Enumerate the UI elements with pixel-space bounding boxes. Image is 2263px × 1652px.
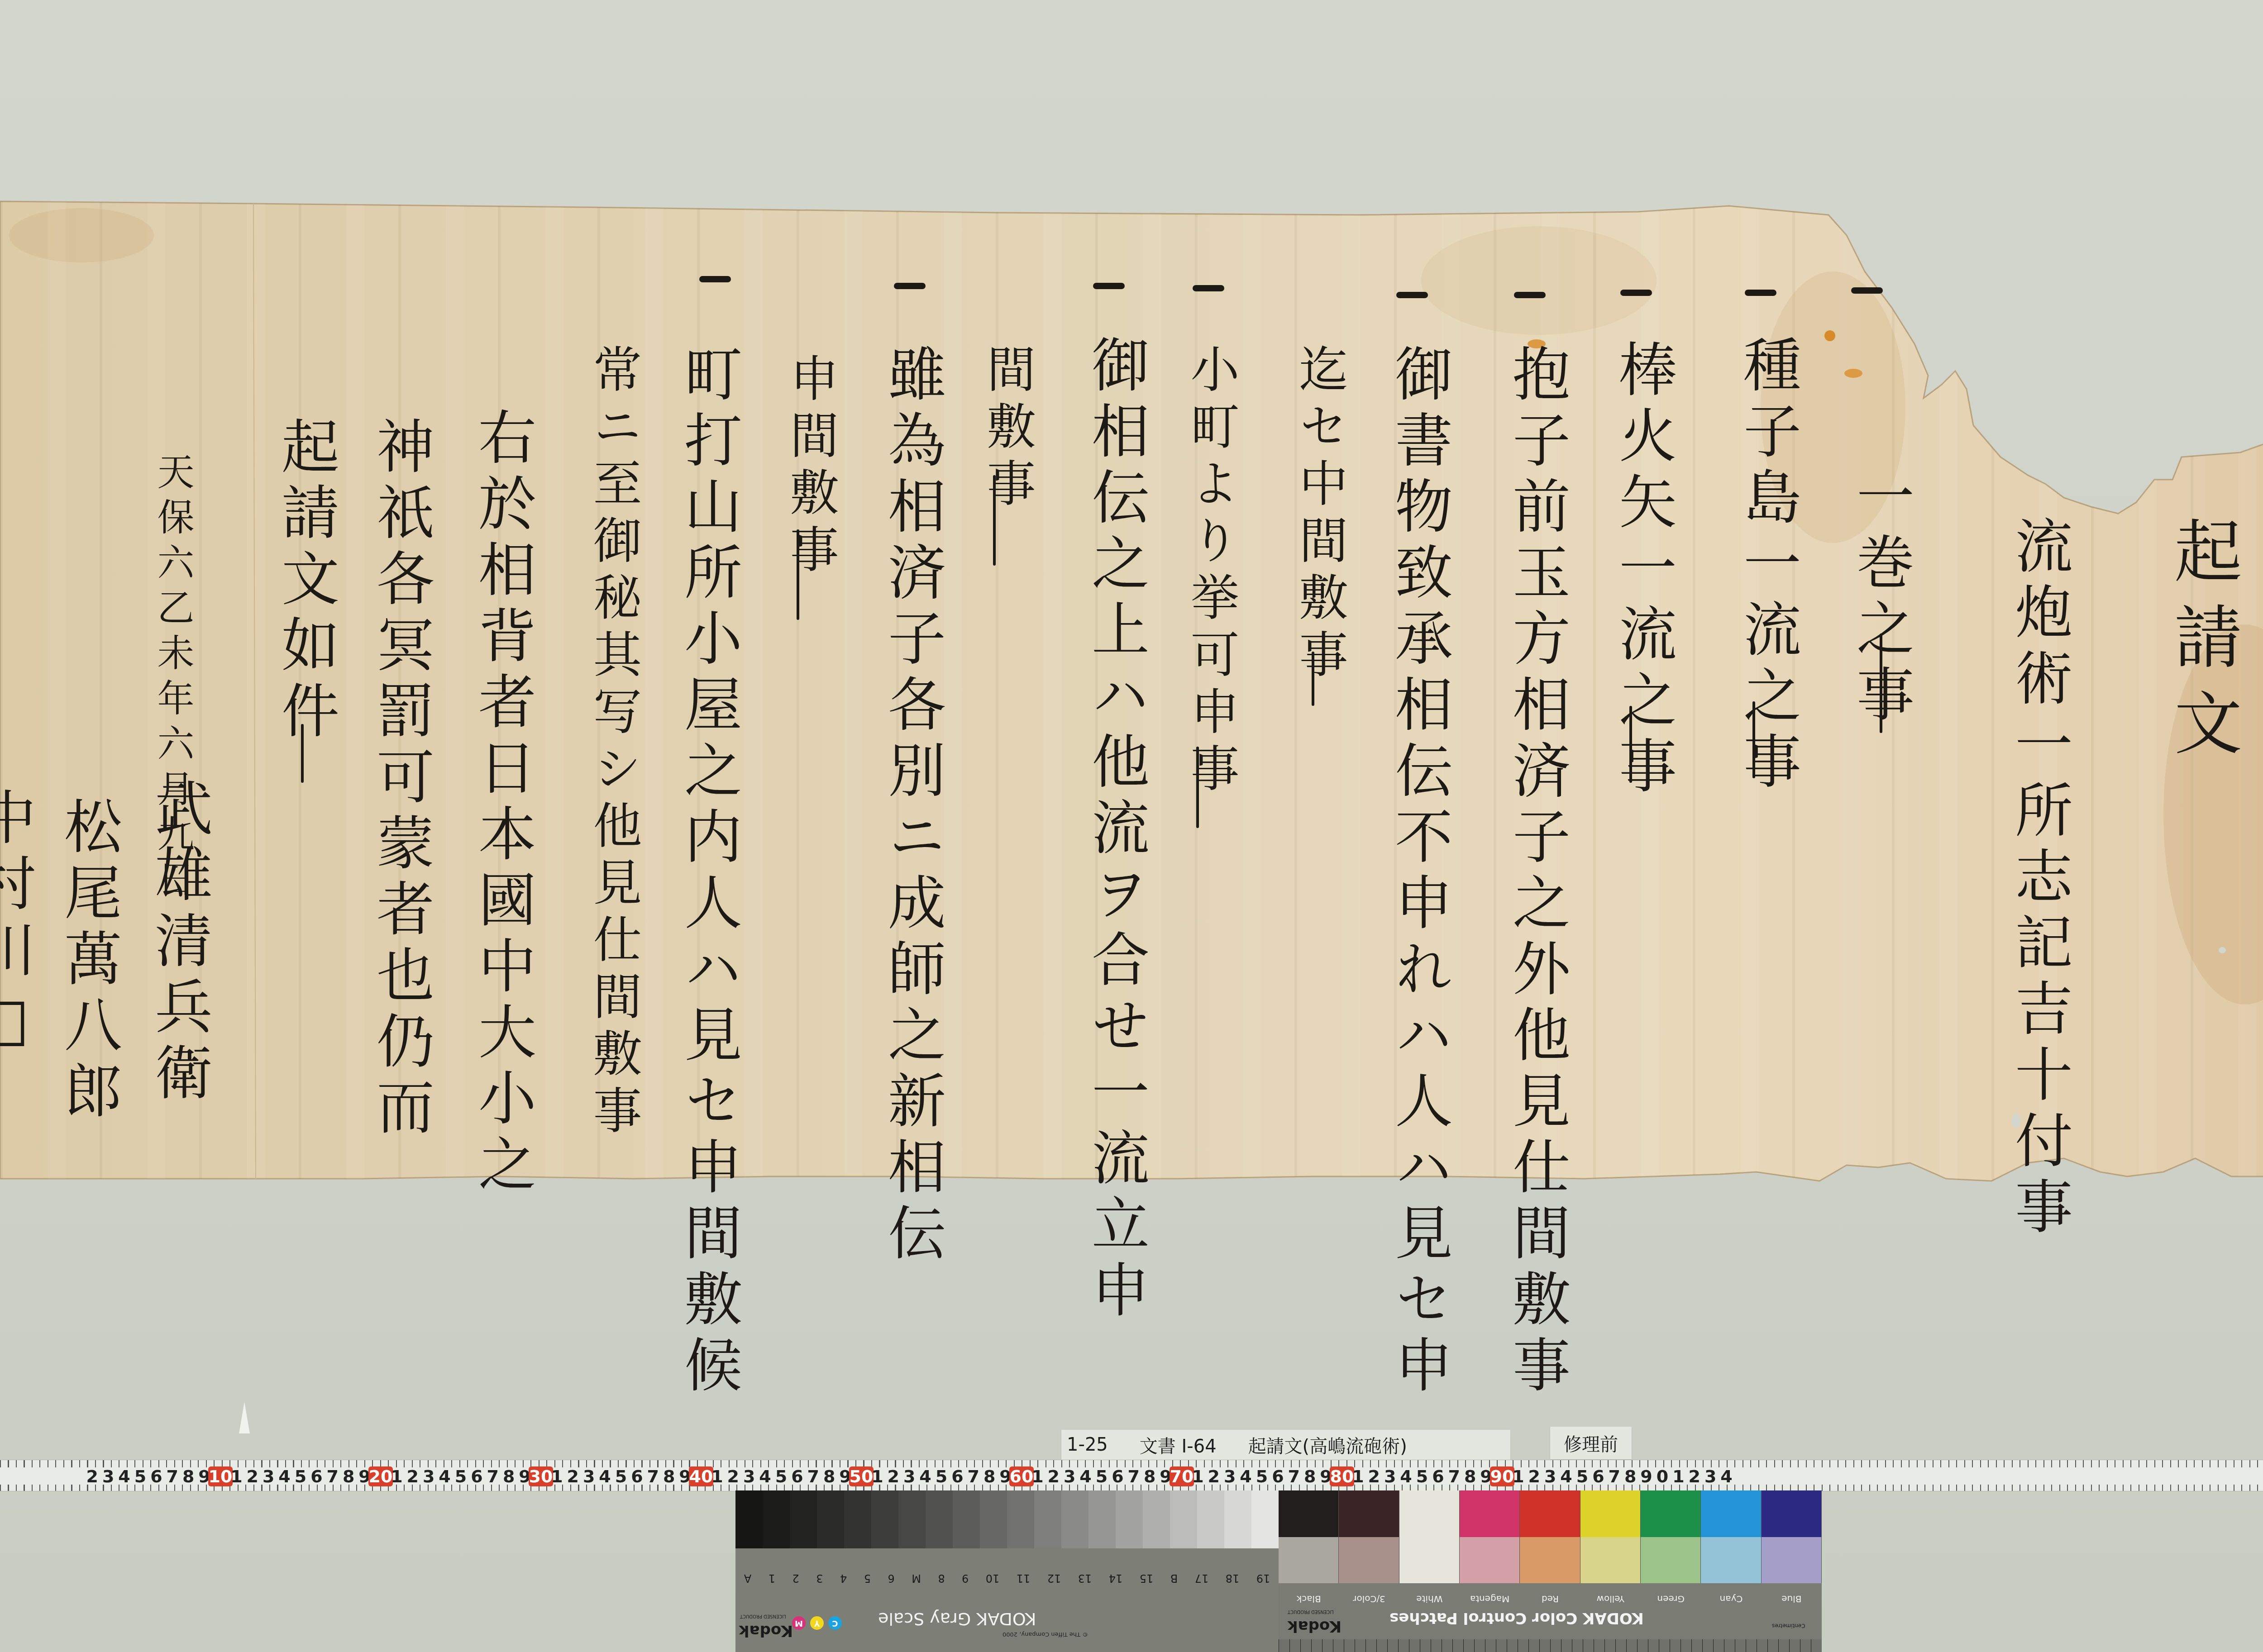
color-patch-label: Blue — [1762, 1586, 1822, 1604]
tail-stroke — [797, 529, 799, 620]
ruler-number: 3 — [901, 1466, 917, 1486]
ruler-number: 1 — [1189, 1466, 1206, 1486]
gray-step — [735, 1490, 763, 1548]
pointer-marker — [239, 1402, 250, 1433]
color-patch-tint-white — [1399, 1537, 1460, 1584]
yellow-dot-icon: Y — [810, 1616, 824, 1630]
kodak-logo: Kodak — [739, 1622, 793, 1640]
ruler-number: 1 — [1670, 1466, 1686, 1486]
ruler-number: 5 — [453, 1466, 469, 1486]
text-column: 種子島一流之事 — [1738, 335, 1796, 797]
item-bullet — [1396, 292, 1428, 298]
gray-step-label: 4 — [840, 1566, 847, 1585]
ruler-number: 4 — [116, 1466, 133, 1486]
ruler-number: 3 — [1542, 1466, 1558, 1486]
text-column: 小町より挙可申事 — [1186, 344, 1235, 800]
color-patch-white — [1399, 1490, 1460, 1537]
color-patch-red — [1520, 1490, 1580, 1537]
ruler-number: 3 — [260, 1466, 277, 1486]
gray-step-label: 15 — [1140, 1566, 1154, 1585]
ruler-number: 4 — [277, 1466, 293, 1486]
ruler-number: 8 — [1622, 1466, 1638, 1486]
tail-stroke — [1880, 633, 1882, 733]
gray-step-label: 19 — [1256, 1566, 1270, 1585]
color-patch-label: Yellow — [1580, 1586, 1641, 1604]
tail-stroke — [993, 475, 996, 566]
tail-stroke — [1312, 652, 1314, 706]
ruler-number: 8 — [1462, 1466, 1478, 1486]
color-patch-tint-green — [1641, 1537, 1701, 1584]
text-column: 神祇各冥罰可蒙者也仍而 — [371, 416, 429, 1143]
ruler-number: 7 — [1286, 1466, 1302, 1486]
ruler-number: 6 — [1270, 1466, 1286, 1486]
ruler-number: 8 — [821, 1466, 837, 1486]
gray-step — [1061, 1490, 1089, 1548]
ruler-number: 7 — [965, 1466, 982, 1486]
color-patch-label: Black — [1279, 1586, 1339, 1604]
gray-step-label: 5 — [864, 1566, 871, 1585]
ruler-number: 0 — [1654, 1466, 1671, 1486]
color-patch-tint-yellow — [1580, 1537, 1641, 1584]
gray-step — [817, 1490, 844, 1548]
ruler-number: 5 — [1093, 1466, 1110, 1486]
ruler-number: 6 — [789, 1466, 805, 1486]
gray-step-label: 10 — [986, 1566, 1000, 1585]
condition-label: 修理前 — [1550, 1427, 1632, 1459]
gray-step-label: 17 — [1195, 1566, 1209, 1585]
label-document-name: 起請文(高嶋流砲術) — [1248, 1432, 1407, 1458]
ruler-number: 8 — [180, 1466, 196, 1486]
gray-step — [953, 1490, 980, 1548]
ruler-number: 1 — [709, 1466, 725, 1486]
ruler-number: 7 — [1606, 1466, 1623, 1486]
ruler-number: 6 — [1109, 1466, 1126, 1486]
ruler-number: 8 — [340, 1466, 357, 1486]
ruler-number: 2 — [1206, 1466, 1222, 1486]
ruler-number: 5 — [292, 1466, 309, 1486]
ruler-number: 1 — [1510, 1466, 1526, 1486]
item-bullet — [1514, 292, 1546, 298]
ruler-number: 2 — [405, 1466, 421, 1486]
gray-scale-copyright: © The Tiffen Company, 2000 — [1003, 1631, 1088, 1638]
gray-step-label: 6 — [888, 1566, 894, 1585]
ruler-number: 7 — [1126, 1466, 1142, 1486]
ruler-number: 3 — [1222, 1466, 1238, 1486]
text-column: 御相伝之上ハ他流ヲ合せ一流立申 — [1086, 335, 1144, 1326]
ruler-number: 3 — [100, 1466, 116, 1486]
text-column: 雖為相済子各別ニ成師之新相伝 — [883, 344, 941, 1269]
ruler-number: 6 — [1590, 1466, 1606, 1486]
ruler-number: 2 — [885, 1466, 902, 1486]
item-bullet — [1620, 290, 1652, 296]
color-patches-title: KODAK Color Control Patches — [1389, 1609, 1644, 1627]
catalog-label: 1-25 文書 I-64 起請文(高嶋流砲術) — [1061, 1430, 1510, 1460]
ruler-number: 5 — [1254, 1466, 1270, 1486]
ruler-number: 1 — [869, 1466, 885, 1486]
ruler-number: 8 — [981, 1466, 998, 1486]
ruler-number: 8 — [501, 1466, 517, 1486]
gray-step-label: 8 — [938, 1566, 945, 1585]
signature: 松尾萬八郎 — [59, 796, 117, 1127]
ruler-number: 2 — [84, 1466, 100, 1486]
ruler-number: 5 — [933, 1466, 950, 1486]
kodak-color-patches: BlueCyanGreenYellowRedMagentaWhite3/Colo… — [1279, 1490, 1822, 1652]
kodak-gray-scale: A123456M89101112131415B171819 KODAK Gray… — [735, 1490, 1279, 1652]
ruler-number: 8 — [661, 1466, 677, 1486]
text-column: 迄セ中間敷事 — [1294, 344, 1343, 686]
gray-step-label: 12 — [1047, 1566, 1061, 1585]
ruler-number: 6 — [629, 1466, 645, 1486]
gray-step-label: 9 — [962, 1566, 969, 1585]
ruler-number: 4 — [1558, 1466, 1575, 1486]
ruler-number: 6 — [148, 1466, 164, 1486]
text-column: 町打山所小屋之内人ハ見セ申間敷候 — [679, 344, 737, 1401]
units-centimetres: Centimetres — [1772, 1623, 1805, 1629]
ruler-number: 2 — [565, 1466, 581, 1486]
ruler-number: 7 — [1446, 1466, 1462, 1486]
color-patch-magenta — [1460, 1490, 1520, 1537]
ruler-number: 6 — [308, 1466, 325, 1486]
gray-step-label: 13 — [1078, 1566, 1092, 1585]
ruler-number: 1 — [549, 1466, 565, 1486]
ruler-number: 2 — [1366, 1466, 1382, 1486]
licensed-text: LICENSED PRODUCT — [1288, 1609, 1334, 1614]
color-patch-label: White — [1399, 1586, 1460, 1604]
tail-stroke — [1629, 706, 1632, 783]
ruler-number: 7 — [325, 1466, 341, 1486]
signature: 武雄清兵衛 — [149, 778, 207, 1109]
text-column: 間敷事 — [982, 344, 1031, 515]
ruler-number: 2 — [1526, 1466, 1542, 1486]
gray-step-label: 1 — [769, 1566, 775, 1585]
color-patch-tint-3-color — [1339, 1537, 1399, 1584]
cyan-dot-icon: C — [828, 1616, 842, 1630]
ruler-number: 5 — [613, 1466, 629, 1486]
ruler-number: 2 — [1046, 1466, 1062, 1486]
text-column: 御書物致承相伝不申れハ人ハ見セ申 — [1389, 344, 1447, 1401]
ruler-numbers: 2345678910123456789201234567893012345678… — [0, 1466, 2263, 1485]
ruler-number: 6 — [468, 1466, 485, 1486]
item-bullet — [1093, 283, 1125, 289]
gray-step — [926, 1490, 953, 1548]
color-patch-label: Cyan — [1701, 1586, 1761, 1604]
gray-step-label: 3 — [816, 1566, 823, 1585]
ruler-number: 3 — [1061, 1466, 1078, 1486]
magenta-dot-icon: M — [792, 1616, 806, 1630]
gray-step-labels: A123456M89101112131415B171819 — [735, 1566, 1279, 1585]
color-patch-labels: BlueCyanGreenYellowRedMagentaWhite3/Colo… — [1279, 1586, 1822, 1604]
gray-steps — [735, 1490, 1279, 1548]
tail-stroke — [301, 724, 304, 783]
licensed-text: LICENSED PRODUCT — [740, 1614, 786, 1619]
color-patch-tint-black — [1279, 1537, 1339, 1584]
gray-step — [1170, 1490, 1197, 1548]
gray-step — [1143, 1490, 1170, 1548]
gray-step — [1007, 1490, 1034, 1548]
item-bullet — [1851, 287, 1883, 294]
gray-step-label: B — [1170, 1566, 1178, 1585]
ruler-number: 5 — [1414, 1466, 1430, 1486]
gray-step-label: 2 — [793, 1566, 799, 1585]
ruler-number: 4 — [1719, 1466, 1735, 1486]
gray-step — [980, 1490, 1007, 1548]
text-column: 起請文如件 — [276, 416, 334, 747]
scroll-document: 起請文 流炮術一所志記吉十付事 一巻之事 種子島一流之事 棒火矢一流之事 抱子前… — [0, 0, 2263, 1222]
gray-step — [763, 1490, 790, 1548]
document-heading: 起請文 — [2168, 516, 2236, 774]
color-patch-yellow — [1580, 1490, 1641, 1537]
kodak-logo: Kodak — [1288, 1617, 1342, 1635]
ruler-number: 4 — [437, 1466, 453, 1486]
gray-step — [790, 1490, 817, 1548]
ruler-number: 4 — [1398, 1466, 1414, 1486]
ruler-number: 5 — [773, 1466, 789, 1486]
ruler-number: 2 — [725, 1466, 741, 1486]
ruler-number: 3 — [581, 1466, 597, 1486]
ruler-number: 6 — [949, 1466, 965, 1486]
gray-step — [871, 1490, 898, 1548]
gray-step-label: A — [744, 1566, 751, 1585]
ruler-number: 5 — [132, 1466, 148, 1486]
ruler-number: 7 — [164, 1466, 181, 1486]
ruler-number: 8 — [1141, 1466, 1158, 1486]
text-column: 右於相背者日本國中大小之 — [473, 407, 531, 1200]
color-patch-label: 3/Color — [1339, 1586, 1399, 1604]
color-patch-tint-magenta — [1460, 1537, 1520, 1584]
gray-step — [1034, 1490, 1061, 1548]
text-column: 抱子前玉方相済子之外他見仕間敷事 — [1507, 344, 1565, 1401]
item-bullet — [1193, 285, 1224, 291]
ruler-number: 2 — [244, 1466, 261, 1486]
color-patch-blue — [1762, 1490, 1822, 1537]
tail-stroke — [1752, 701, 1755, 778]
ruler-number: 5 — [1574, 1466, 1590, 1486]
item-bullet — [1745, 290, 1776, 296]
gray-step-label: 18 — [1226, 1566, 1240, 1585]
color-patch-green — [1641, 1490, 1701, 1537]
gray-step — [898, 1490, 926, 1548]
signature: 中村川□ — [0, 787, 31, 1061]
label-status: 修理前 — [1564, 1430, 1618, 1456]
measuring-tape: 2345678910123456789201234567893012345678… — [0, 1460, 2263, 1491]
color-patch-tint-cyan — [1701, 1537, 1761, 1584]
item-bullet — [894, 283, 926, 289]
item-bullet — [699, 276, 731, 282]
ruler-number: 7 — [805, 1466, 821, 1486]
text-column: 申間敷事 — [785, 353, 834, 581]
gray-step-label: 11 — [1017, 1566, 1031, 1585]
ruler-number: 3 — [1382, 1466, 1398, 1486]
ruler-number: 2 — [1686, 1466, 1703, 1486]
ruler-number: 3 — [420, 1466, 437, 1486]
gray-step — [1197, 1490, 1224, 1548]
text-column: 流炮術一所志記吉十付事 — [2010, 516, 2067, 1243]
color-patch-3-color — [1339, 1490, 1399, 1537]
ruler-number: 6 — [1430, 1466, 1446, 1486]
ruler-number: 7 — [645, 1466, 661, 1486]
ruler-number: 1 — [228, 1466, 244, 1486]
tail-stroke — [1196, 747, 1199, 828]
ruler-number: 4 — [1238, 1466, 1254, 1486]
gray-step — [1089, 1490, 1116, 1548]
ruler-number: 1 — [388, 1466, 405, 1486]
ruler-number: 4 — [917, 1466, 934, 1486]
color-patch-tint-blue — [1762, 1537, 1822, 1584]
patch-ruler — [1279, 1639, 1822, 1652]
color-patch-label: Red — [1520, 1586, 1580, 1604]
text-column: 棒火矢一流之事 — [1614, 339, 1671, 802]
ruler-number: 1 — [1029, 1466, 1046, 1486]
label-number: 1-25 — [1067, 1434, 1108, 1455]
ruler-number: 4 — [757, 1466, 773, 1486]
ruler-number: 3 — [1702, 1466, 1719, 1486]
ruler-number: 7 — [485, 1466, 501, 1486]
ruler-number: 3 — [741, 1466, 757, 1486]
gray-step — [844, 1490, 871, 1548]
gray-step-label: 14 — [1109, 1566, 1123, 1585]
color-patch-grid — [1279, 1490, 1822, 1583]
color-patch-label: Green — [1641, 1586, 1701, 1604]
ruler-number: 4 — [1078, 1466, 1094, 1486]
ruler-number: 1 — [1350, 1466, 1366, 1486]
ruler-number: 9 — [1638, 1466, 1655, 1486]
gray-step — [1224, 1490, 1251, 1548]
text-column: 常ニ至御秘其写シ他見仕間敷事 — [588, 344, 637, 1142]
color-patch-cyan — [1701, 1490, 1761, 1537]
gray-scale-title: KODAK Gray Scale — [878, 1609, 1036, 1629]
color-patch-label: Magenta — [1460, 1586, 1520, 1604]
color-patch-black — [1279, 1490, 1339, 1537]
color-patch-tint-red — [1520, 1537, 1580, 1584]
gray-step — [1116, 1490, 1143, 1548]
ruler-number: 8 — [1302, 1466, 1318, 1486]
gray-step — [1251, 1490, 1279, 1548]
ruler-number: 4 — [597, 1466, 613, 1486]
label-catalog-id: 文書 I-64 — [1140, 1432, 1217, 1458]
gray-step-label: M — [912, 1566, 921, 1585]
